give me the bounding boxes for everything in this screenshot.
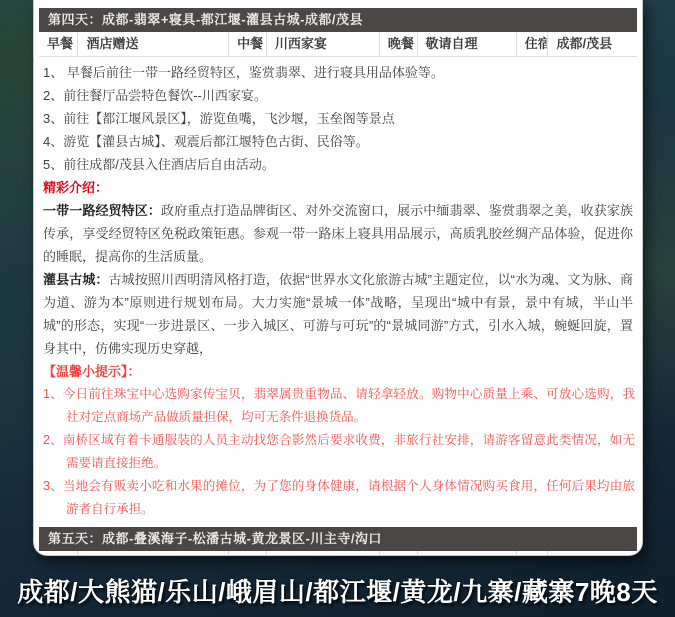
meal-label-dinner: 晚餐 [380,551,418,556]
tip-item: 1、今日前往珠宝中心选购家传宝贝，翡翠属贵重物品、请轻拿轻放。购物中心质量上乘、… [43,383,635,429]
tip-item: 3、当地会有贩卖小吃和水果的摊位，为了您的身体健康，请根据个人身体情况购买食用，… [43,475,635,521]
highlight-paragraph-trade-zone: 一带一路经贸特区：政府重点打造品牌街区、对外交流窗口，展示中缅翡翠、鉴赏翡翠之美… [43,199,633,268]
day4-title: 第四天：成都-翡翠+寝具-都江堰-灌县古城-成都/茂县 [48,12,363,27]
meal-label-lunch: 中餐 [229,551,267,556]
meal-label-breakfast: 早餐 [39,32,78,56]
paragraph-lead: 一带一路经贸特区： [43,203,161,218]
meal-label-lunch: 中餐 [229,32,267,56]
meal-value-lunch: 东藏迎宾宴 [267,551,380,556]
tips-list: 1、今日前往珠宝中心选购家传宝贝，翡翠属贵重物品、请轻拿轻放。购物中心质量上乘、… [43,383,635,521]
meal-value-dinner: 敬请自理 [418,32,517,56]
highlight-paragraph-guanxian: 灌县古城：古城按照川西明清风格打造，依据“世界水文化旅游古城”主题定位，以“水为… [43,268,633,360]
meal-value-hotel: 成都/茂县 [548,32,637,56]
activity-item: 1、 早餐后前往一带一路经贸特区，鉴赏翡翠、进行寝具用品体验等。 [43,61,635,84]
meal-label-hotel: 住宿 [517,551,549,556]
meal-label-dinner: 晚餐 [380,32,418,56]
activity-item: 3、前往【都江堰风景区】，游览鱼嘴，飞沙堰，玉垒阁等景点 [43,107,635,130]
itinerary-panel[interactable]: 第四天：成都-翡翠+寝具-都江堰-灌县古城-成都/茂县 早餐 酒店赠送 中餐 川… [33,0,643,556]
day4-activity-list: 1、 早餐后前往一带一路经贸特区，鉴赏翡翠、进行寝具用品体验等。 2、前往餐厅品… [43,61,635,176]
highlights-title: 精彩介绍： [43,176,637,199]
meal-label-breakfast: 早餐 [39,551,78,556]
tips-title: 【温馨小提示】： [43,360,637,383]
meal-value-dinner: 酒店套餐 [418,551,517,556]
meal-value-hotel: 川主寺/沟口 [548,551,637,556]
paragraph-text: 古城按照川西明清风格打造，依据“世界水文化旅游古城”主题定位，以“水为魂、文为脉… [43,272,633,356]
meal-value-breakfast: 酒店赠送 [78,551,229,556]
meal-value-breakfast: 酒店赠送 [78,32,229,56]
meal-label-hotel: 住宿 [517,32,549,56]
day5-header-bar: 第五天：成都-叠溪海子-松潘古城-黄龙景区-川主寺/沟口 [39,527,637,551]
activity-item: 2、前往餐厅品尝特色餐饮--川西家宴。 [43,84,635,107]
paragraph-lead: 灌县古城： [43,272,109,287]
activity-item: 5、前往成都/茂县入住酒店后自由活动。 [43,153,635,176]
day5-title: 第五天：成都-叠溪海子-松潘古城-黄龙景区-川主寺/沟口 [48,531,382,546]
activity-item: 4、游览【灌县古城】、观震后都江堰特色古街、民俗等。 [43,130,635,153]
tip-item: 2、南桥区域有着卡通服装的人员主动找您合影然后要求收费，非旅行社安排，请游客留意… [43,429,635,475]
day5-meal-row: 早餐 酒店赠送 中餐 东藏迎宾宴 晚餐 酒店套餐 住宿 川主寺/沟口 [39,551,637,556]
tour-title-banner: 成都/大熊猫/乐山/峨眉山/都江堰/黄龙/九寨/藏寨7晚8天 [0,572,675,609]
meal-value-lunch: 川西家宴 [267,32,380,56]
day4-meal-row: 早餐 酒店赠送 中餐 川西家宴 晚餐 敬请自理 住宿 成都/茂县 [39,32,637,57]
day4-header-bar: 第四天：成都-翡翠+寝具-都江堰-灌县古城-成都/茂县 [39,8,637,32]
